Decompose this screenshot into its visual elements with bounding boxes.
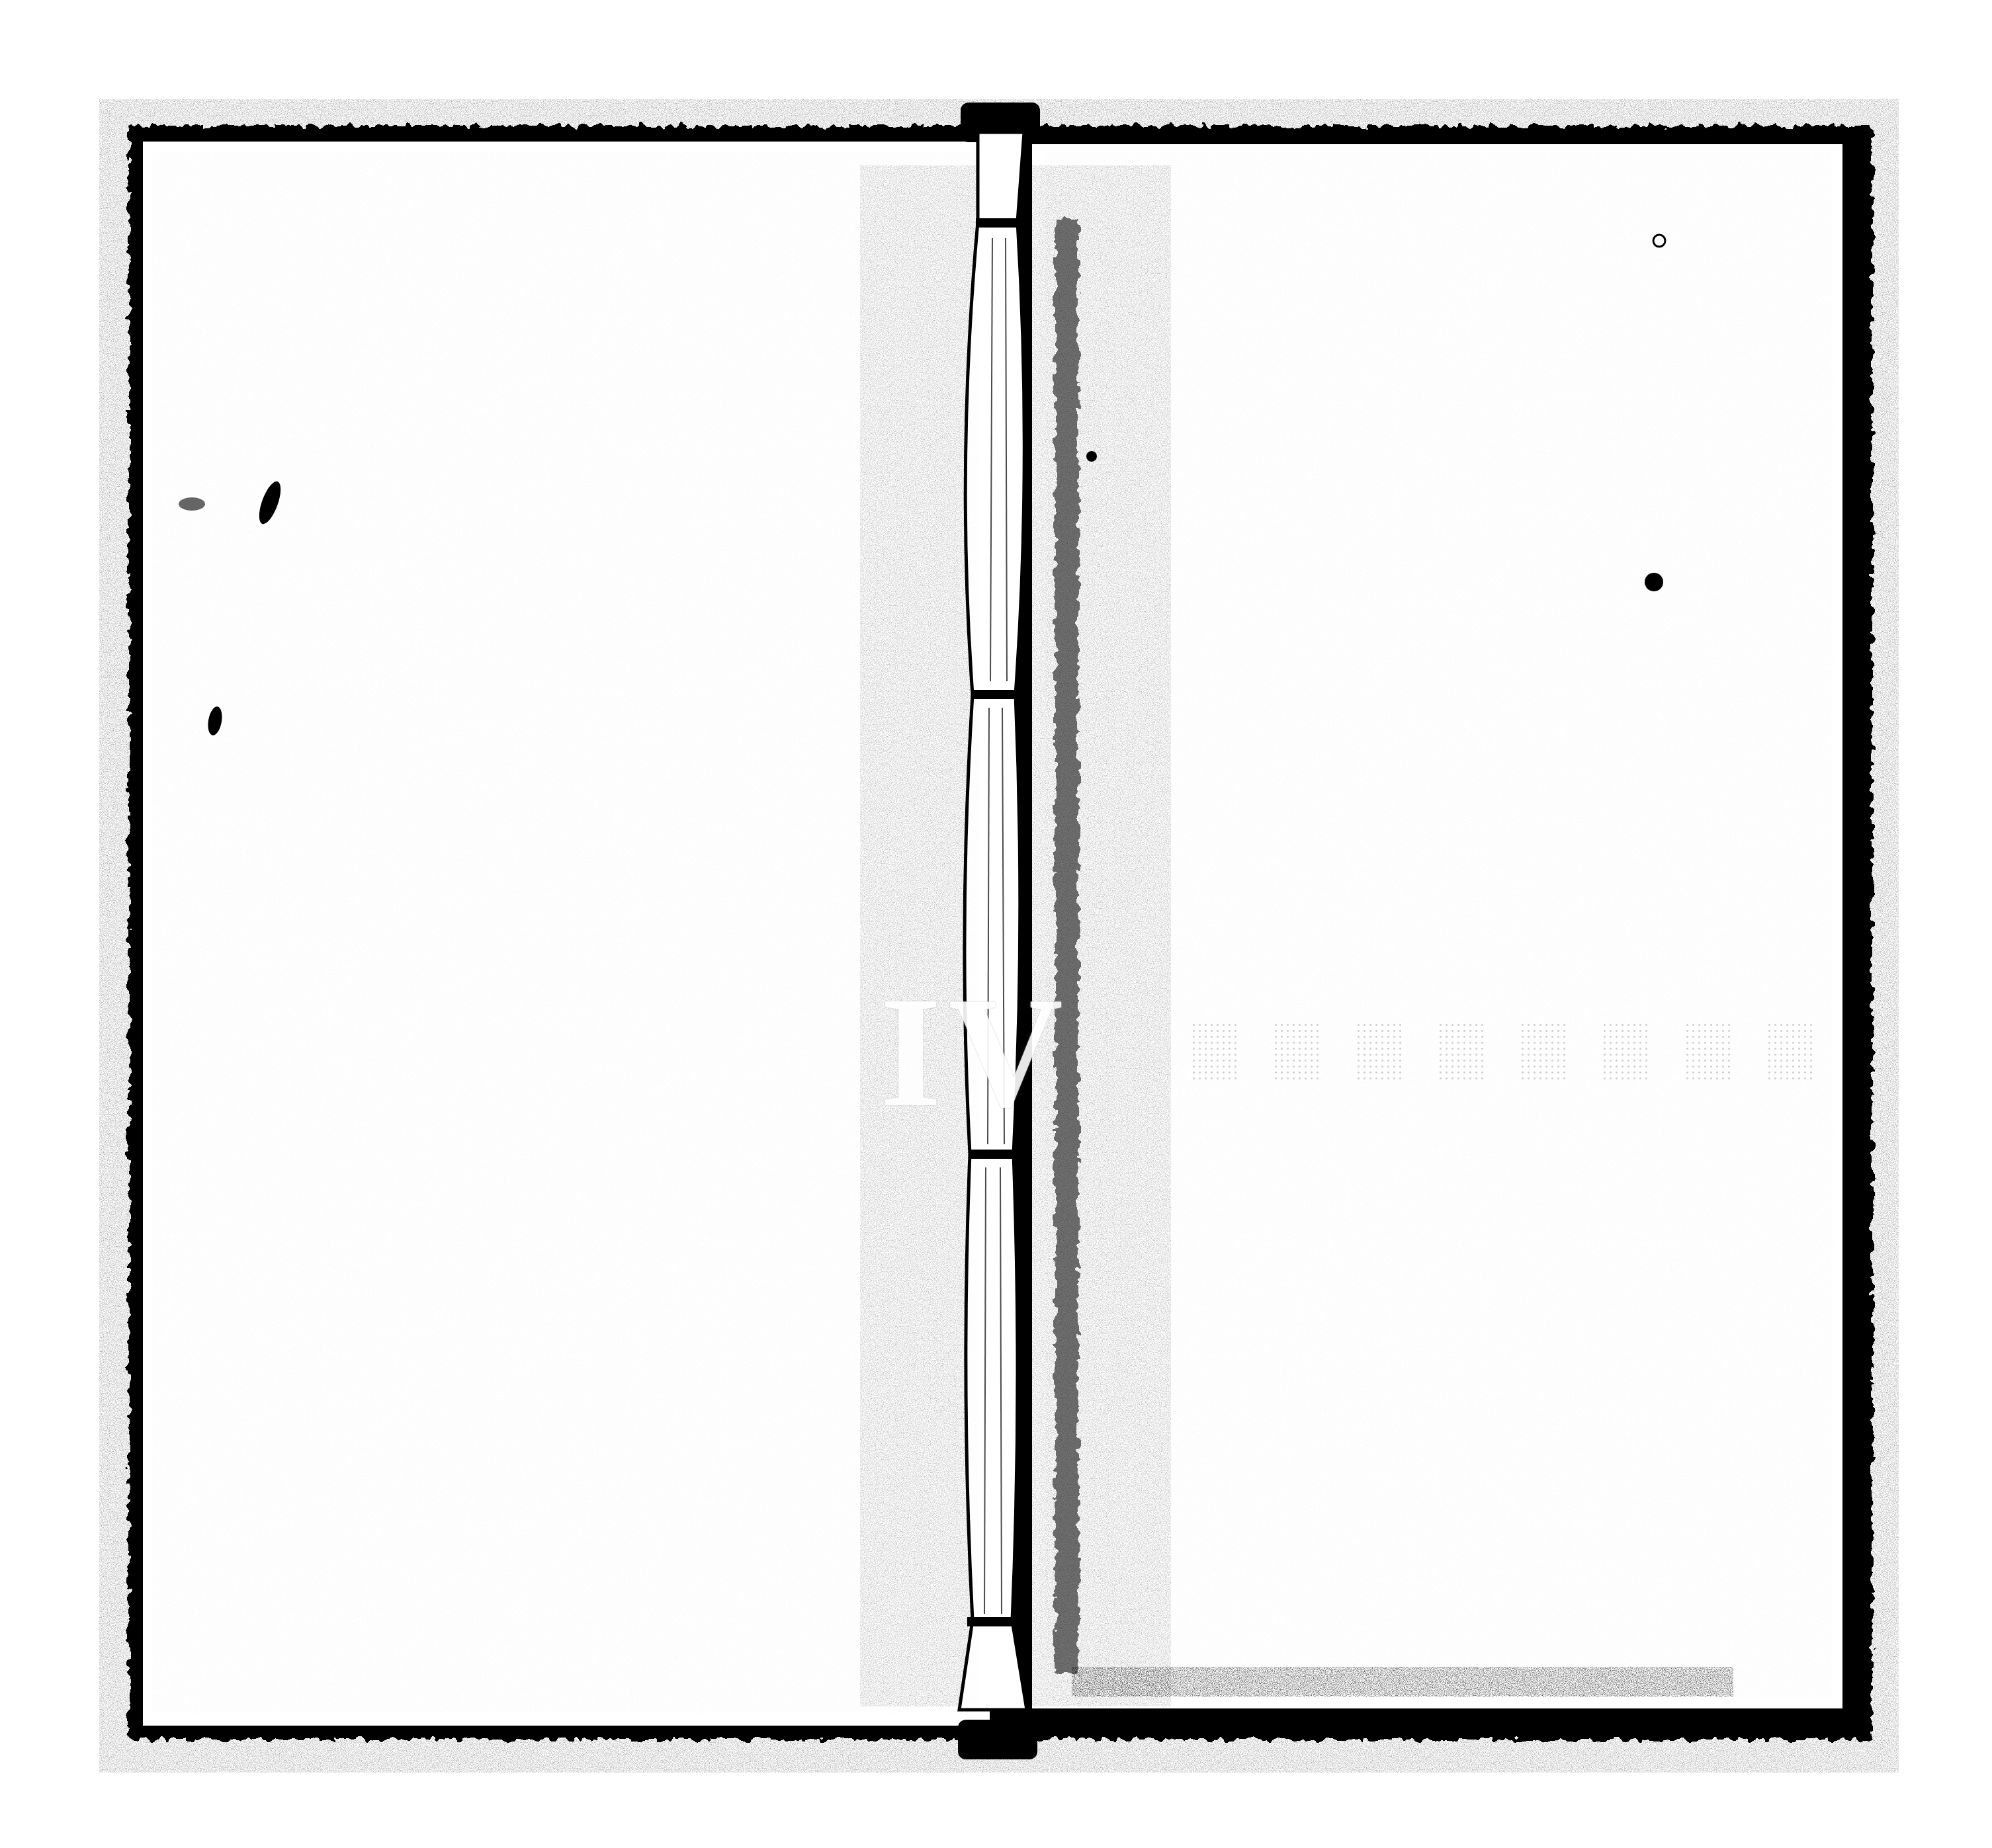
ghost-glyph <box>1273 1022 1319 1081</box>
spine-bottom-cap <box>958 1720 1037 1759</box>
bleed-through-numeral: IV <box>880 972 1070 1131</box>
ghost-glyph <box>1684 1022 1731 1081</box>
ghost-glyph <box>1602 1022 1648 1081</box>
ghost-glyph <box>1520 1022 1566 1081</box>
bleed-through-text-line <box>1191 1019 1813 1085</box>
ghost-glyph <box>1356 1022 1402 1081</box>
book-scan <box>0 0 1992 1848</box>
ghost-glyph <box>1438 1022 1484 1081</box>
ghost-glyph <box>1766 1022 1813 1081</box>
ghost-glyph <box>1191 1022 1237 1081</box>
